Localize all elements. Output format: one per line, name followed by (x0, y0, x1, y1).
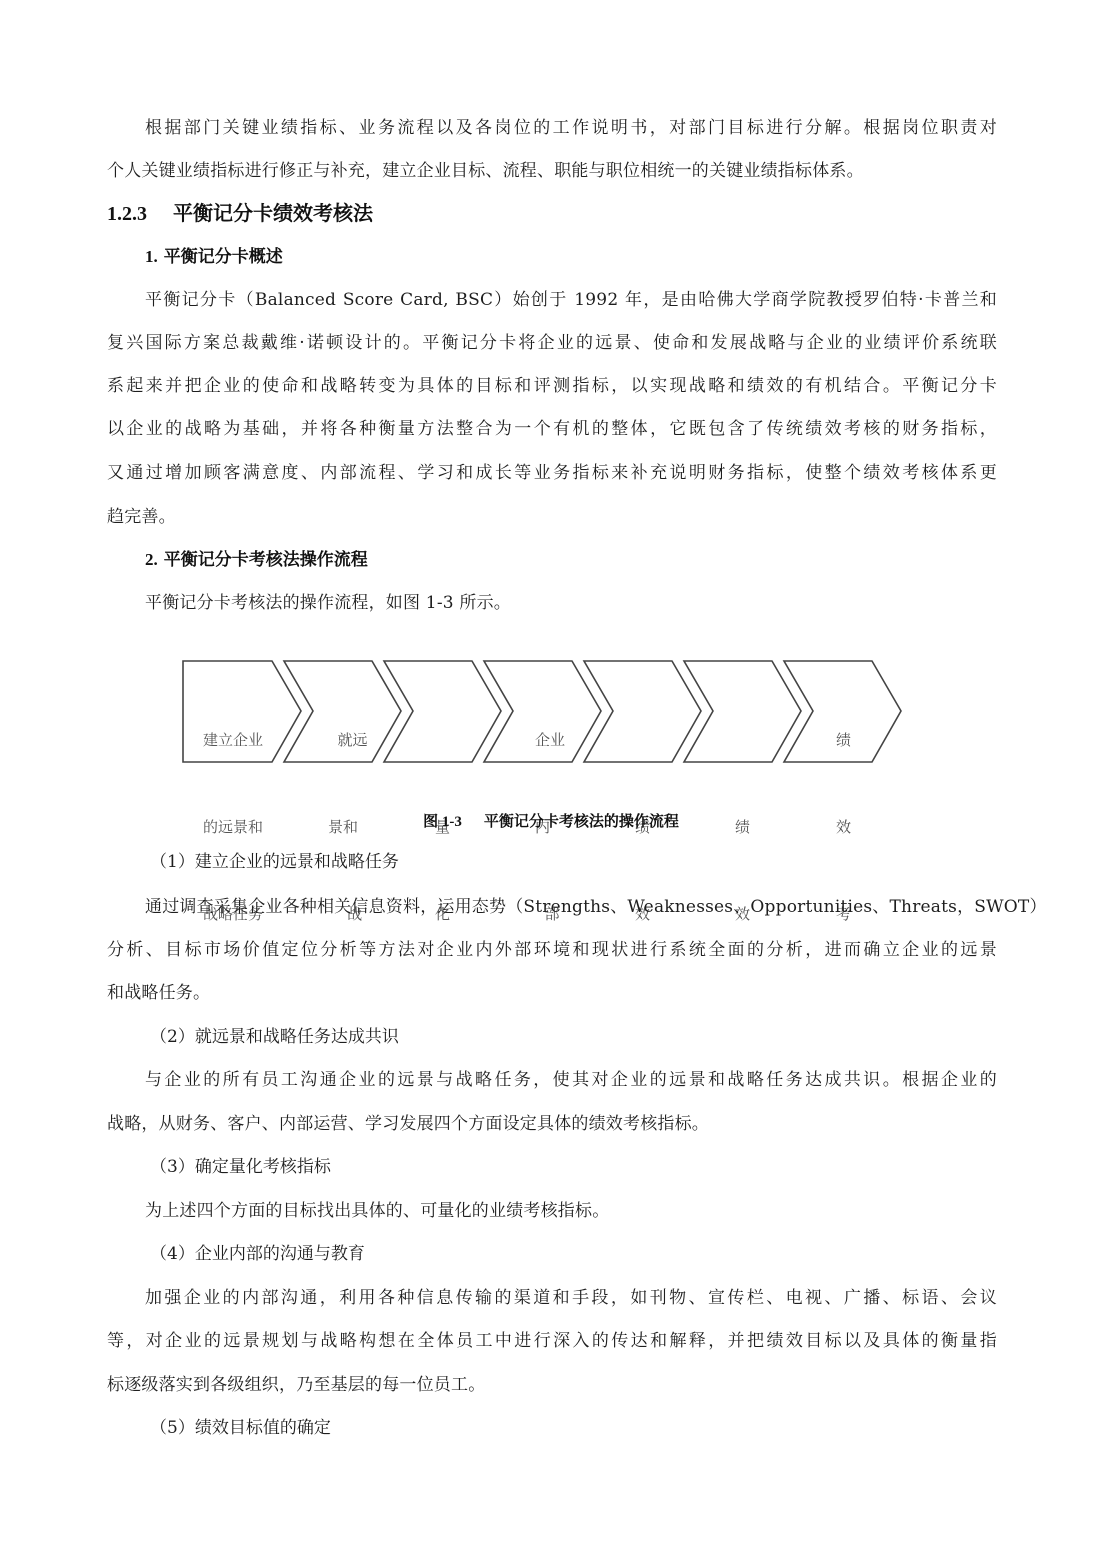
paragraph-line: 为上述四个方面的目标找出具体的、可量化的业绩考核指标。 (145, 1199, 997, 1223)
paragraph-line: 与企业的所有员工沟通企业的远景与战略任务，使其对企业的远景和战略任务达成共识。根… (145, 1068, 997, 1092)
step-heading: （3）确定量化考核指标 (150, 1155, 331, 1179)
subsection-title: 平衡记分卡考核法操作流程 (164, 550, 368, 570)
paragraph-line: 根据部门关键业绩指标、业务流程以及各岗位的工作说明书，对部门目标进行分解。根据岗… (145, 116, 997, 140)
subsection-heading: 2.平衡记分卡考核法操作流程 (145, 548, 368, 572)
paragraph-line: 分析、目标市场价值定位分析等方法对企业内外部环境和现状进行系统全面的分析，进而确… (107, 938, 997, 962)
figure-caption-text: 平衡记分卡考核法的操作流程 (484, 812, 679, 830)
paragraph-line: 标逐级落实到各级组织，乃至基层的每一位员工。 (107, 1373, 997, 1397)
step-heading: （2）就远景和战略任务达成共识 (150, 1025, 399, 1049)
step-heading: （4）企业内部的沟通与教育 (150, 1242, 365, 1266)
figure-caption: 图 1-3平衡记分卡考核法的操作流程 (0, 810, 1102, 833)
subsection-heading: 1.平衡记分卡概述 (145, 245, 283, 269)
step-heading: （1）建立企业的远景和战略任务 (150, 850, 399, 874)
paragraph-line: 加强企业的内部沟通，利用各种信息传输的渠道和手段，如刊物、宣传栏、电视、广播、标… (145, 1286, 997, 1310)
paragraph-line: 以企业的战略为基础，并将各种衡量方法整合为一个有机的整体，它既包含了传统绩效考核… (107, 417, 997, 441)
paragraph-line: 复兴国际方案总裁戴维·诺顿设计的。平衡记分卡将企业的远景、使命和发展战略与企业的… (107, 331, 997, 355)
document-page: 根据部门关键业绩指标、业务流程以及各岗位的工作说明书，对部门目标进行分解。根据岗… (0, 0, 1102, 1559)
paragraph-line: 等，对企业的远景规划与战略构想在全体员工中进行深入的传达和解释，并把绩效目标以及… (107, 1329, 997, 1353)
paragraph-line: 系起来并把企业的使命和战略转变为具体的目标和评测指标，以实现战略和绩效的有机结合… (107, 374, 997, 398)
subsection-title: 平衡记分卡概述 (164, 247, 283, 267)
section-heading: 1.2.3平衡记分卡绩效考核法 (107, 200, 373, 227)
subsection-number: 2. (145, 550, 158, 569)
paragraph-line: 个人关键业绩指标进行修正与补充，建立企业目标、流程、职能与职位相统一的关键业绩指… (107, 159, 997, 183)
subsection-number: 1. (145, 247, 158, 266)
paragraph-line: 通过调查采集企业各种相关信息资料，运用态势（Strengths、Weakness… (145, 895, 997, 919)
paragraph-line: 平衡记分卡（Balanced Score Card, BSC）始创于 1992 … (145, 288, 997, 312)
paragraph-line: 平衡记分卡考核法的操作流程，如图 1-3 所示。 (145, 591, 997, 615)
section-number: 1.2.3 (107, 201, 173, 227)
paragraph-line: 又通过增加顾客满意度、内部流程、学习和成长等业务指标来补充说明财务指标，使整个绩… (107, 461, 997, 485)
section-title: 平衡记分卡绩效考核法 (173, 201, 373, 225)
paragraph-line: 战略，从财务、客户、内部运营、学习发展四个方面设定具体的绩效考核指标。 (107, 1112, 997, 1136)
paragraph-line: 和战略任务。 (107, 981, 997, 1005)
figure-label: 图 1-3 (423, 814, 462, 830)
paragraph-line: 趋完善。 (107, 505, 997, 529)
step-heading: （5）绩效目标值的确定 (150, 1416, 331, 1440)
